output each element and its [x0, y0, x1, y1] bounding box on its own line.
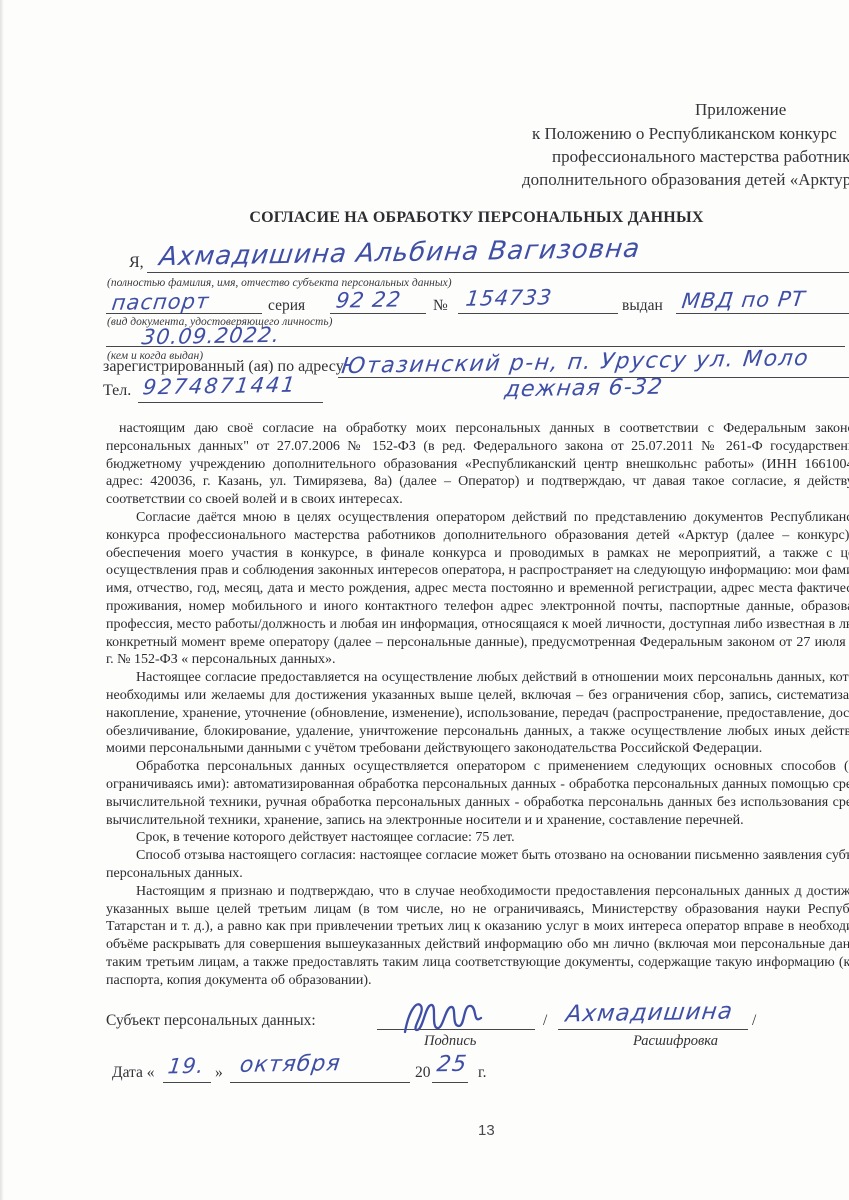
series-handwriting: 92 22: [334, 287, 402, 312]
signature-underline: [558, 1029, 748, 1030]
date-year-prefix: 20: [415, 1064, 431, 1082]
doc-type-handwriting: паспорт: [110, 289, 210, 315]
consent-body-text: настоящим даю своё согласие на обработку…: [106, 420, 849, 990]
field-underline: [432, 1082, 468, 1083]
full-name-handwriting: Ахмадишина Альбина Вагизовна: [158, 234, 642, 272]
number-handwriting: 154733: [464, 285, 553, 311]
field-underline: [676, 313, 849, 314]
issued-label: выдан: [622, 297, 663, 315]
field-underline: [330, 313, 426, 314]
field-underline: [147, 272, 849, 273]
header-note-line: к Положению о Республиканском конкурс: [532, 124, 837, 144]
issuer-handwriting: МВД по РТ: [680, 287, 807, 313]
date-close-quote: »: [215, 1064, 223, 1082]
body-paragraph: Обработка персональных данных осуществля…: [106, 758, 849, 829]
body-paragraph: Срок, в течение которого действует насто…: [106, 829, 849, 847]
date-prefix-label: Дата «: [112, 1064, 155, 1082]
field-underline: [163, 1082, 211, 1083]
field-underline: [106, 313, 262, 314]
page-title: СОГЛАСИЕ НА ОБРАБОТКУ ПЕРСОНАЛЬНЫХ ДАННЫ…: [104, 209, 849, 227]
field-underline: [138, 402, 323, 403]
series-label: серия: [268, 297, 305, 315]
date-month-handwriting: октября: [238, 1051, 342, 1078]
podpis-label: Подпись: [424, 1033, 476, 1050]
date-year-handwriting: 25: [435, 1052, 468, 1078]
date-day-handwriting: 19.: [166, 1054, 205, 1079]
signature-name-handwriting: Ахмадишина: [564, 999, 734, 1028]
header-note-line: профессионального мастерства работнико: [552, 147, 849, 167]
date-year-suffix: г.: [478, 1064, 486, 1082]
address-handwriting-line2: дежная 6-32: [503, 375, 664, 403]
field-underline: [230, 1082, 410, 1083]
page-number: 13: [478, 1122, 495, 1139]
body-paragraph: Согласие даётся мною в целях осуществлен…: [106, 509, 849, 669]
body-paragraph: Способ отзыва настоящего согласия: насто…: [106, 847, 849, 883]
number-label: №: [433, 297, 448, 315]
i-label: Я,: [129, 254, 144, 272]
scan-edge-shadow: [0, 0, 4, 1200]
header-note-line: Приложение: [695, 100, 786, 120]
phone-label: Тел.: [103, 382, 131, 400]
signature-scribble: [402, 998, 484, 1038]
separator-slash: /: [543, 1012, 547, 1030]
header-note-line: дополнительного образования детей «Аркту…: [522, 170, 849, 190]
body-paragraph: настоящим даю своё согласие на обработку…: [106, 420, 849, 509]
field-underline: [458, 313, 618, 314]
separator-slash: /: [752, 1012, 756, 1030]
body-paragraph: Настоящее согласие предоставляется на ос…: [106, 669, 849, 758]
body-paragraph: Настоящим я признаю и подтверждаю, что в…: [106, 883, 849, 990]
scanned-consent-form-page: Приложение к Положению о Республиканском…: [0, 0, 849, 1200]
rasshifrovka-label: Расшифровка: [633, 1033, 718, 1050]
phone-handwriting: 9274871441: [141, 373, 298, 400]
address-handwriting-line1: Ютазинский р-н, п. Уруссу ул. Моло: [340, 346, 811, 379]
subject-label: Субъект персональных данных:: [106, 1012, 316, 1030]
